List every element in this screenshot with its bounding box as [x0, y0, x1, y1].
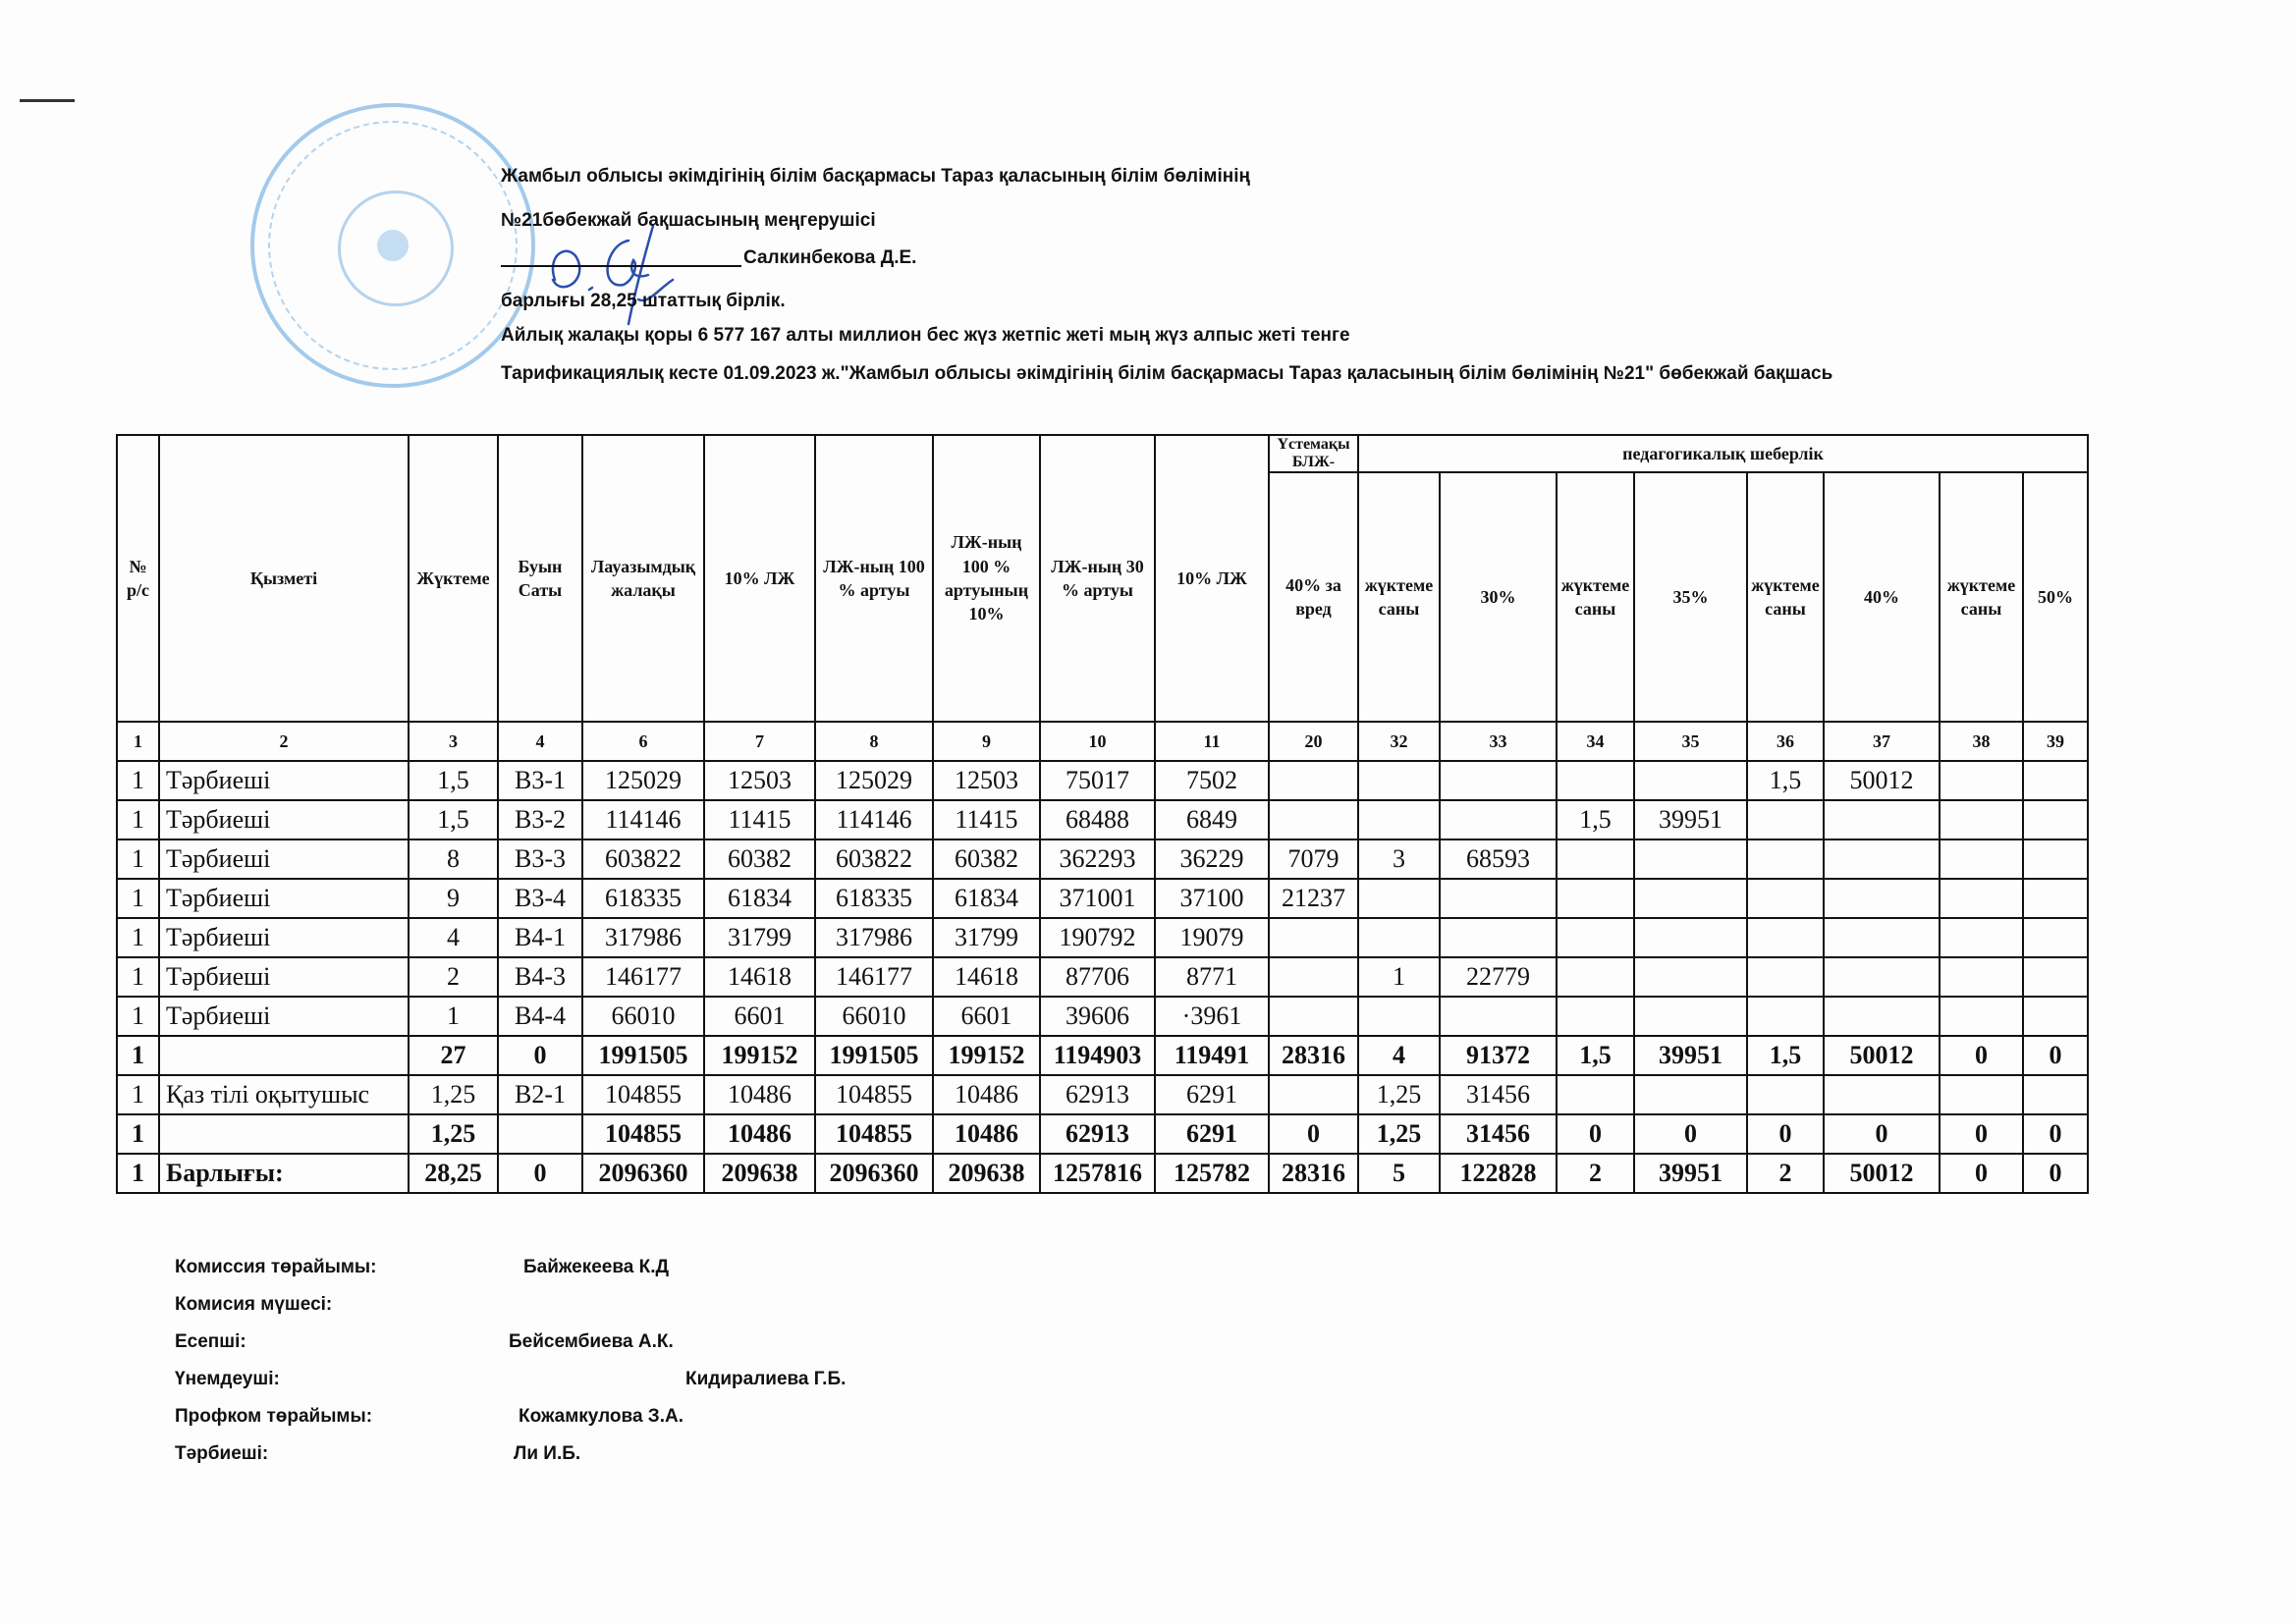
table-cell: В3-4: [498, 879, 582, 918]
table-cell: [2023, 997, 2088, 1036]
table-cell: 1,5: [409, 761, 498, 800]
table-cell: 618335: [582, 879, 704, 918]
column-number: 36: [1747, 722, 1824, 761]
position-cell: Тәрбиеші: [159, 879, 409, 918]
table-cell: В3-2: [498, 800, 582, 839]
table-cell: 2: [1747, 1154, 1824, 1193]
table-cell: [1269, 918, 1358, 957]
table-cell: 50012: [1824, 1036, 1940, 1075]
table-cell: 50012: [1824, 1154, 1940, 1193]
table-cell: [1747, 1075, 1824, 1114]
column-header: жүктеме саны: [1940, 472, 2023, 722]
table-cell: [1269, 800, 1358, 839]
table-cell: 104855: [582, 1075, 704, 1114]
table-cell: 125029: [582, 761, 704, 800]
table-row: 1Тәрбиеші1,5В3-2114146114151141461141568…: [117, 800, 2088, 839]
column-number: 6: [582, 722, 704, 761]
table-cell: [2023, 918, 2088, 957]
table-cell: [1634, 1075, 1747, 1114]
table-cell: 11415: [933, 800, 1040, 839]
table-cell: 6601: [933, 997, 1040, 1036]
column-header: жүктеме саны: [1358, 472, 1440, 722]
header-director-signature-line: Салкинбекова Д.Е.: [501, 248, 916, 267]
table-subtotal-row: 11,25104855104861048551048662913629101,2…: [117, 1114, 2088, 1154]
table-cell: [2023, 800, 2088, 839]
tariff-table: № р/с Қызметі Жүктеме Буын Саты Лауазымд…: [116, 434, 2089, 1194]
table-cell: [2023, 879, 2088, 918]
table-cell: 1,5: [1747, 1036, 1824, 1075]
table-row: 1Тәрбиеші1,5В3-1125029125031250291250375…: [117, 761, 2088, 800]
column-header: Қызметі: [159, 435, 409, 722]
table-cell: 37100: [1155, 879, 1269, 918]
table-cell: 0: [1747, 1114, 1824, 1154]
table-cell: 1991505: [582, 1036, 704, 1075]
signatory-name: Кожамкулова З.А.: [519, 1406, 683, 1428]
group-header-allowance: Үстемақы БЛЖ-: [1269, 435, 1358, 472]
table-cell: 50012: [1824, 761, 1940, 800]
table-cell: [1747, 957, 1824, 997]
table-cell: 1: [117, 839, 159, 879]
table-cell: 6849: [1155, 800, 1269, 839]
header-director-position: №21бөбекжай бақшасының меңгерушісі: [501, 211, 876, 230]
table-cell: [2023, 957, 2088, 997]
table-cell: 8: [409, 839, 498, 879]
column-number: 1: [117, 722, 159, 761]
table-cell: [1747, 879, 1824, 918]
header-organization: Жамбыл облысы әкімдігінің білім басқарма…: [501, 167, 1250, 186]
table-cell: [1634, 879, 1747, 918]
table-cell: В4-1: [498, 918, 582, 957]
table-cell: 1,5: [1557, 800, 1634, 839]
signatory-role: Есепші:: [175, 1331, 246, 1353]
signatory-role: Комиссия төрайымы:: [175, 1257, 376, 1278]
position-cell: Тәрбиеші: [159, 918, 409, 957]
table-cell: [1269, 761, 1358, 800]
table-cell: 190792: [1040, 918, 1155, 957]
table-cell: [1358, 918, 1440, 957]
signatory-name: Кидиралиева Г.Б.: [685, 1369, 846, 1390]
table-cell: [1440, 997, 1557, 1036]
table-cell: [1634, 761, 1747, 800]
column-number: 20: [1269, 722, 1358, 761]
table-cell: 1: [117, 800, 159, 839]
table-cell: 31799: [704, 918, 815, 957]
column-header: ЛЖ-ның 100 % артуының 10%: [933, 435, 1040, 722]
emblem-icon: [377, 230, 409, 261]
table-cell: 75017: [1040, 761, 1155, 800]
position-cell: Тәрбиеші: [159, 957, 409, 997]
table-cell: 1991505: [815, 1036, 933, 1075]
table-cell: 104855: [582, 1114, 704, 1154]
table-cell: 22779: [1440, 957, 1557, 997]
table-cell: 0: [498, 1036, 582, 1075]
column-header: жүктеме саны: [1557, 472, 1634, 722]
column-header: 35%: [1634, 472, 1747, 722]
table-cell: [1557, 997, 1634, 1036]
table-cell: [1747, 839, 1824, 879]
table-cell: 2: [409, 957, 498, 997]
table-cell: [1440, 800, 1557, 839]
table-cell: 371001: [1040, 879, 1155, 918]
table-cell: 0: [1557, 1114, 1634, 1154]
table-cell: 7502: [1155, 761, 1269, 800]
table-cell: [1358, 997, 1440, 1036]
table-cell: 104855: [815, 1114, 933, 1154]
column-header: 50%: [2023, 472, 2088, 722]
column-number: 11: [1155, 722, 1269, 761]
table-cell: 114146: [815, 800, 933, 839]
table-cell: 317986: [815, 918, 933, 957]
column-header: 40%: [1824, 472, 1940, 722]
table-cell: 1,25: [1358, 1075, 1440, 1114]
table-cell: [1940, 957, 2023, 997]
table-cell: [1358, 879, 1440, 918]
table-cell: [1634, 839, 1747, 879]
table-cell: 0: [1634, 1114, 1747, 1154]
table-cell: [1557, 1075, 1634, 1114]
table-cell: 87706: [1040, 957, 1155, 997]
table-cell: 1: [117, 918, 159, 957]
column-number: 35: [1634, 722, 1747, 761]
table-cell: 14618: [933, 957, 1040, 997]
column-number: 4: [498, 722, 582, 761]
column-header: 30%: [1440, 472, 1557, 722]
table-cell: [1824, 997, 1940, 1036]
table-cell: 6601: [704, 997, 815, 1036]
table-cell: 362293: [1040, 839, 1155, 879]
group-header-pedagogical-mastery: педагогикалық шеберлік: [1358, 435, 2088, 472]
table-cell: В2-1: [498, 1075, 582, 1114]
table-cell: 31799: [933, 918, 1040, 957]
table-cell: [1824, 879, 1940, 918]
table-cell: [1557, 879, 1634, 918]
header-director-name: Салкинбекова Д.Е.: [743, 247, 916, 268]
table-cell: 2096360: [582, 1154, 704, 1193]
table-cell: В3-3: [498, 839, 582, 879]
table-row: 1Тәрбиеші1В4-466010660166010660139606·39…: [117, 997, 2088, 1036]
table-cell: 1,5: [1747, 761, 1824, 800]
table-cell: 0: [2023, 1154, 2088, 1193]
signatory-role: Профком төрайымы:: [175, 1406, 372, 1428]
column-header: 10% ЛЖ: [704, 435, 815, 722]
table-cell: [1269, 957, 1358, 997]
column-number: 37: [1824, 722, 1940, 761]
table-cell: 1,25: [409, 1075, 498, 1114]
table-cell: 114146: [582, 800, 704, 839]
table-cell: [1940, 1075, 2023, 1114]
table-cell: 1: [117, 1154, 159, 1193]
table-cell: [1747, 800, 1824, 839]
table-cell: 91372: [1440, 1036, 1557, 1075]
table-cell: 1: [117, 761, 159, 800]
table-cell: 4: [409, 918, 498, 957]
table-cell: 36229: [1155, 839, 1269, 879]
table-cell: В4-3: [498, 957, 582, 997]
table-cell: 66010: [815, 997, 933, 1036]
table-cell: 61834: [933, 879, 1040, 918]
table-cell: [1269, 997, 1358, 1036]
table-cell: [1747, 918, 1824, 957]
table-row: 1Тәрбиеші4В4-131798631799317986317991907…: [117, 918, 2088, 957]
position-cell: Тәрбиеші: [159, 839, 409, 879]
table-cell: 62913: [1040, 1114, 1155, 1154]
table-cell: 28316: [1269, 1154, 1358, 1193]
table-cell: [1940, 997, 2023, 1036]
table-cell: 125029: [815, 761, 933, 800]
table-cell: 31456: [1440, 1114, 1557, 1154]
table-cell: 1: [117, 997, 159, 1036]
table-cell: 1: [117, 1114, 159, 1154]
table-cell: 1: [117, 1036, 159, 1075]
column-number: 38: [1940, 722, 2023, 761]
table-cell: [498, 1114, 582, 1154]
table-cell: 10486: [704, 1075, 815, 1114]
table-cell: 0: [1940, 1154, 2023, 1193]
table-cell: 2096360: [815, 1154, 933, 1193]
table-cell: [2023, 839, 2088, 879]
table-cell: [1557, 839, 1634, 879]
table-cell: [1440, 761, 1557, 800]
column-number: 39: [2023, 722, 2088, 761]
column-header: 10% ЛЖ: [1155, 435, 1269, 722]
table-cell: 209638: [933, 1154, 1040, 1193]
table-cell: В3-1: [498, 761, 582, 800]
table-cell: 12503: [933, 761, 1040, 800]
table-cell: [1940, 918, 2023, 957]
signatory-name: Бейсембиева А.К.: [509, 1331, 674, 1353]
signatory-role: Үнемдеуші:: [175, 1369, 280, 1390]
column-number: 8: [815, 722, 933, 761]
table-cell: [1358, 800, 1440, 839]
signatory-role: Комисия мүшесі:: [175, 1294, 332, 1316]
position-cell: [159, 1114, 409, 1154]
table-cell: 0: [1940, 1114, 2023, 1154]
table-cell: [1824, 1075, 1940, 1114]
column-number: 32: [1358, 722, 1440, 761]
table-subtotal-row: 1270199150519915219915051991521194903119…: [117, 1036, 2088, 1075]
table-cell: [1634, 997, 1747, 1036]
table-row: 1Қаз тілі оқытушыс1,25В2-110485510486104…: [117, 1075, 2088, 1114]
table-cell: [1940, 800, 2023, 839]
table-cell: 28,25: [409, 1154, 498, 1193]
table-cell: 61834: [704, 879, 815, 918]
table-cell: 9: [409, 879, 498, 918]
signature-line: [501, 265, 741, 267]
column-number: 3: [409, 722, 498, 761]
table-cell: 199152: [704, 1036, 815, 1075]
position-cell: Қаз тілі оқытушыс: [159, 1075, 409, 1114]
column-header: ЛЖ-ның 30 % артуы: [1040, 435, 1155, 722]
table-row: 1Тәрбиеші8В3-360382260382603822603823622…: [117, 839, 2088, 879]
table-cell: ·3961: [1155, 997, 1269, 1036]
table-cell: [1557, 918, 1634, 957]
column-header: № р/с: [117, 435, 159, 722]
table-cell: 28316: [1269, 1036, 1358, 1075]
column-header: Лауазымдық жалақы: [582, 435, 704, 722]
table-cell: 68593: [1440, 839, 1557, 879]
table-cell: 68488: [1040, 800, 1155, 839]
table-cell: 39606: [1040, 997, 1155, 1036]
table-cell: 104855: [815, 1075, 933, 1114]
table-cell: 0: [1269, 1114, 1358, 1154]
column-number: 10: [1040, 722, 1155, 761]
table-cell: 146177: [815, 957, 933, 997]
table-cell: [1824, 918, 1940, 957]
table-cell: 39951: [1634, 1154, 1747, 1193]
table-cell: 1194903: [1040, 1036, 1155, 1075]
column-number: 9: [933, 722, 1040, 761]
table-cell: 39951: [1634, 1036, 1747, 1075]
table-cell: [1940, 839, 2023, 879]
table-cell: [1940, 761, 2023, 800]
table-cell: 0: [498, 1154, 582, 1193]
table-cell: 1: [117, 879, 159, 918]
column-header: Буын Саты: [498, 435, 582, 722]
table-cell: 66010: [582, 997, 704, 1036]
column-header: ЛЖ-ның 100 % артуы: [815, 435, 933, 722]
table-cell: 317986: [582, 918, 704, 957]
column-number: 7: [704, 722, 815, 761]
table-cell: [1269, 1075, 1358, 1114]
signature-icon: [535, 221, 702, 329]
table-cell: 6291: [1155, 1114, 1269, 1154]
header-title: Тарификациялық кесте 01.09.2023 ж."Жамбы…: [501, 364, 1832, 383]
column-header: 40% за вред: [1269, 472, 1358, 722]
table-subtotal-row: 1Барлығы:28,2502096360209638209636020963…: [117, 1154, 2088, 1193]
table-cell: 3: [1358, 839, 1440, 879]
position-cell: [159, 1036, 409, 1075]
table-cell: 1: [1358, 957, 1440, 997]
table-cell: 603822: [815, 839, 933, 879]
table-cell: 19079: [1155, 918, 1269, 957]
table-cell: 14618: [704, 957, 815, 997]
table-cell: 21237: [1269, 879, 1358, 918]
table-cell: [1440, 918, 1557, 957]
table-cell: 0: [2023, 1114, 2088, 1154]
table-cell: [1747, 997, 1824, 1036]
table-cell: 11415: [704, 800, 815, 839]
table-cell: 7079: [1269, 839, 1358, 879]
table-cell: [2023, 761, 2088, 800]
header-staff-units: барлығы 28,25 штаттық бірлік.: [501, 292, 786, 310]
table-row: 1Тәрбиеші2В4-314617714618146177146188770…: [117, 957, 2088, 997]
table-cell: 1257816: [1040, 1154, 1155, 1193]
scan-mark: [20, 99, 75, 102]
table-cell: 10486: [704, 1114, 815, 1154]
table-cell: 0: [1824, 1114, 1940, 1154]
table-cell: [1557, 761, 1634, 800]
table-cell: 4: [1358, 1036, 1440, 1075]
signatory-name: Ли И.Б.: [514, 1443, 580, 1465]
position-cell: Барлығы:: [159, 1154, 409, 1193]
table-cell: 1,5: [409, 800, 498, 839]
column-header: жүктеме саны: [1747, 472, 1824, 722]
table-cell: 1,25: [409, 1114, 498, 1154]
column-number: 2: [159, 722, 409, 761]
table-cell: [1358, 761, 1440, 800]
table-cell: 27: [409, 1036, 498, 1075]
table-cell: [2023, 1075, 2088, 1114]
table-cell: 122828: [1440, 1154, 1557, 1193]
official-stamp-icon: [250, 103, 535, 388]
table-cell: В4-4: [498, 997, 582, 1036]
table-cell: 1,25: [1358, 1114, 1440, 1154]
table-cell: 618335: [815, 879, 933, 918]
table-cell: 5: [1358, 1154, 1440, 1193]
table-cell: [1557, 957, 1634, 997]
table-cell: 31456: [1440, 1075, 1557, 1114]
column-number: 33: [1440, 722, 1557, 761]
table-cell: 62913: [1040, 1075, 1155, 1114]
column-number: 34: [1557, 722, 1634, 761]
table-row: 1Тәрбиеші9В3-461833561834618335618343710…: [117, 879, 2088, 918]
table-cell: 209638: [704, 1154, 815, 1193]
table-cell: 119491: [1155, 1036, 1269, 1075]
table-cell: 60382: [704, 839, 815, 879]
table-cell: 199152: [933, 1036, 1040, 1075]
table-cell: 2: [1557, 1154, 1634, 1193]
column-header: Жүктеме: [409, 435, 498, 722]
table-cell: [1824, 839, 1940, 879]
table-cell: [1440, 879, 1557, 918]
table-cell: 125782: [1155, 1154, 1269, 1193]
table-cell: [1634, 918, 1747, 957]
table-cell: [1824, 800, 1940, 839]
table-cell: 10486: [933, 1075, 1040, 1114]
table-cell: 1: [117, 957, 159, 997]
table-cell: 0: [1940, 1036, 2023, 1075]
table-cell: 0: [2023, 1036, 2088, 1075]
column-number-row: 123467891011203233343536373839: [117, 722, 2088, 761]
position-cell: Тәрбиеші: [159, 761, 409, 800]
table-cell: 1: [117, 1075, 159, 1114]
table-cell: 10486: [933, 1114, 1040, 1154]
position-cell: Тәрбиеші: [159, 800, 409, 839]
table-cell: 603822: [582, 839, 704, 879]
table-cell: 12503: [704, 761, 815, 800]
table-cell: 60382: [933, 839, 1040, 879]
table-cell: 8771: [1155, 957, 1269, 997]
signatory-role: Тәрбиеші:: [175, 1443, 268, 1465]
table-cell: 1: [409, 997, 498, 1036]
position-cell: Тәрбиеші: [159, 997, 409, 1036]
table-cell: [1824, 957, 1940, 997]
header-salary-fund: Айлық жалақы қоры 6 577 167 алты миллион…: [501, 326, 1350, 345]
table-cell: 39951: [1634, 800, 1747, 839]
table-cell: [1940, 879, 2023, 918]
table-cell: 146177: [582, 957, 704, 997]
table-cell: [1634, 957, 1747, 997]
signatory-name: Байжекеева К.Д: [523, 1257, 669, 1278]
table-cell: 6291: [1155, 1075, 1269, 1114]
table-cell: 1,5: [1557, 1036, 1634, 1075]
